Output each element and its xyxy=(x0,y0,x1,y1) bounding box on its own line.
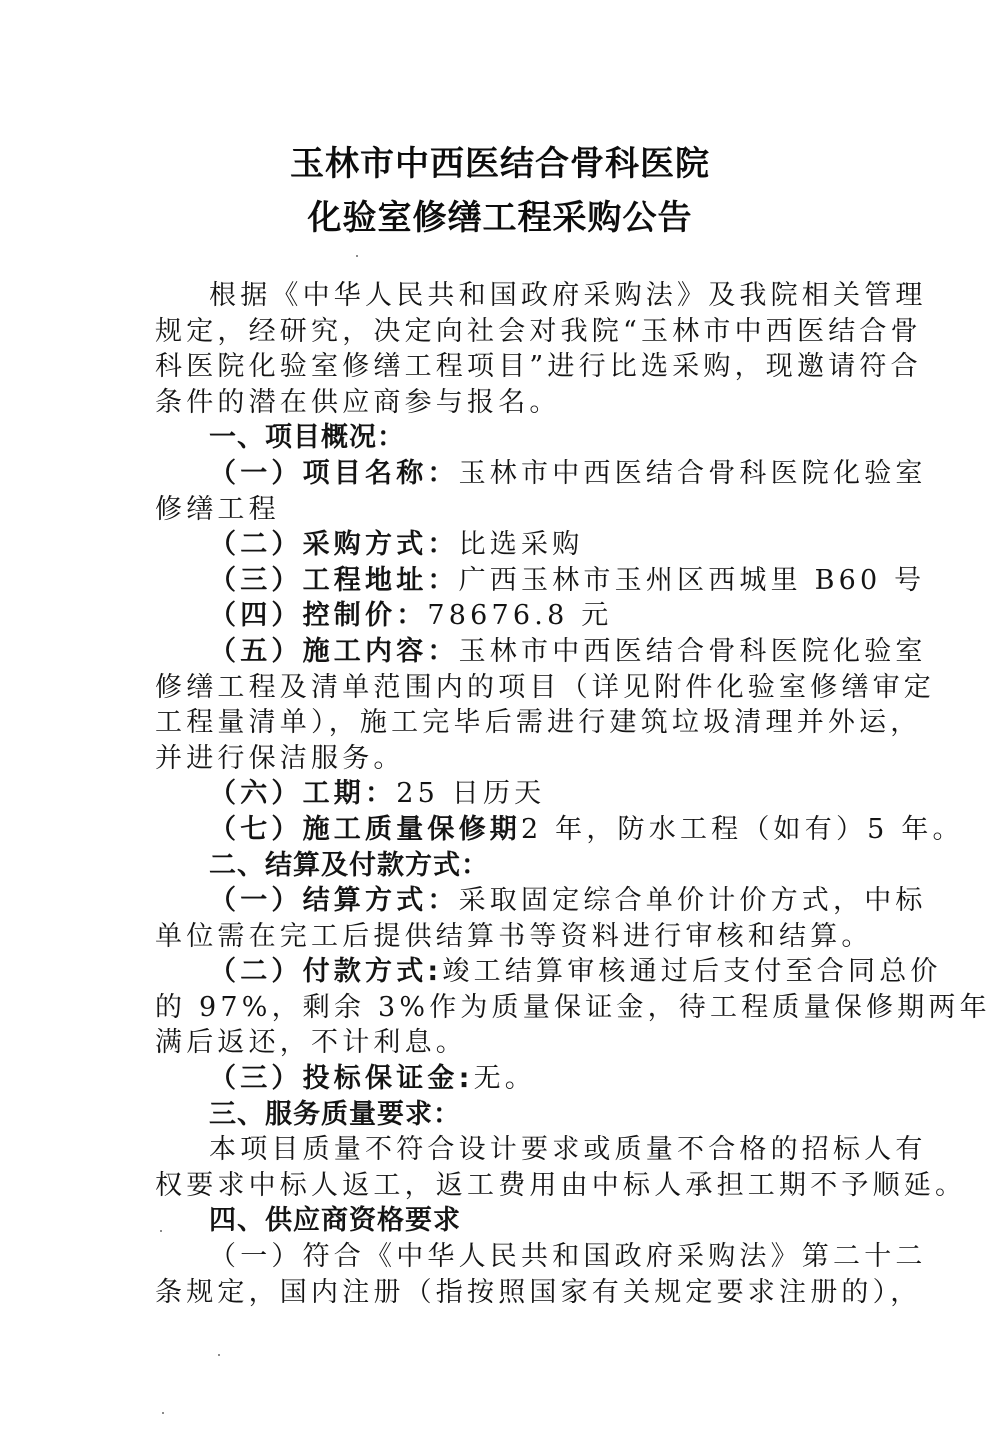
clause-text: 78676.8 元 xyxy=(427,600,612,631)
document-title-line2: 化验室修缮工程采购公告 xyxy=(0,190,1000,239)
clause-label: （三）工程地址： xyxy=(209,565,459,596)
clause-continuation: 满后返还，不计利息。 xyxy=(155,1025,847,1061)
document-page: 玉林市中西医结合骨科医院 化验室修缮工程采购公告 根据《中华人民共和国政府采购法… xyxy=(0,0,1000,1444)
document-title-line1: 玉林市中西医结合骨科医院 xyxy=(0,136,1000,185)
clause-text: 2 年，防水工程（如有）5 年。 xyxy=(521,814,964,845)
clause-label: （一）项目名称： xyxy=(209,458,459,489)
paragraph-line: 条规定，国内注册（指按照国家有关规定要求注册的）， xyxy=(155,1275,847,1311)
clause-address: （三）工程地址：广西玉林市玉州区西城里 B60 号 xyxy=(155,563,847,599)
intro-line: 规定，经研究，决定向社会对我院“玉林市中西医结合骨 xyxy=(155,314,847,350)
clause-text: 25 日历天 xyxy=(396,778,545,809)
clause-settlement: （一）结算方式：采取固定综合单价计价方式，中标 xyxy=(155,883,847,919)
clause-text: 竣工结算审核通过后支付至合同总价 xyxy=(442,956,941,987)
clause-text: 无。 xyxy=(474,1063,536,1094)
section-heading: 一、项目概况： xyxy=(155,420,847,456)
paragraph-line: 权要求中标人返工，返工费用由中标人承担工期不予顺延。 xyxy=(155,1168,847,1204)
paragraph-line: （一）符合《中华人民共和国政府采购法》第二十二 xyxy=(155,1239,847,1275)
clause-text: 玉林市中西医结合骨科医院化验室 xyxy=(459,636,927,667)
clause-bid-deposit: （三）投标保证金:无。 xyxy=(155,1061,847,1097)
paragraph-line: 本项目质量不符合设计要求或质量不合格的招标人有 xyxy=(155,1132,847,1168)
clause-label: （七）施工质量保修期 xyxy=(209,814,521,845)
clause-duration: （六）工期：25 日历天 xyxy=(155,776,847,812)
clause-label: （三）投标保证金: xyxy=(209,1063,474,1094)
clause-label: （六）工期： xyxy=(209,778,396,809)
clause-control-price: （四）控制价：78676.8 元 xyxy=(155,598,847,634)
clause-construction-content: （五）施工内容：玉林市中西医结合骨科医院化验室 xyxy=(155,634,847,670)
clause-project-name: （一）项目名称：玉林市中西医结合骨科医院化验室 xyxy=(155,456,847,492)
clause-text: 比选采购 xyxy=(459,529,584,560)
intro-line: 根据《中华人民共和国政府采购法》及我院相关管理 xyxy=(155,278,847,314)
document-body: 根据《中华人民共和国政府采购法》及我院相关管理 规定，经研究，决定向社会对我院“… xyxy=(155,278,847,1310)
clause-procurement-method: （二）采购方式：比选采购 xyxy=(155,527,847,563)
clause-text: 广西玉林市玉州区西城里 B60 号 xyxy=(459,565,926,596)
clause-continuation: 工程量清单），施工完毕后需进行建筑垃圾清理并外运， xyxy=(155,705,847,741)
clause-label: （二）付款方式: xyxy=(209,956,442,987)
clause-continuation: 的 97%，剩余 3%作为质量保证金，待工程质量保修期两年 xyxy=(155,990,847,1026)
clause-label: （四）控制价： xyxy=(209,600,427,631)
scan-speck xyxy=(160,1230,162,1232)
clause-label: （五）施工内容： xyxy=(209,636,459,667)
intro-line: 科医院化验室修缮工程项目”进行比选采购，现邀请符合 xyxy=(155,349,847,385)
section-heading: 二、结算及付款方式： xyxy=(155,848,847,884)
scan-speck xyxy=(162,1412,164,1414)
clause-continuation: 修缮工程及清单范围内的项目（详见附件化验室修缮审定 xyxy=(155,670,847,706)
clause-payment: （二）付款方式:竣工结算审核通过后支付至合同总价 xyxy=(155,954,847,990)
clause-continuation: 并进行保洁服务。 xyxy=(155,741,847,777)
clause-continuation: 单位需在完工后提供结算书等资料进行审核和结算。 xyxy=(155,919,847,955)
clause-warranty: （七）施工质量保修期2 年，防水工程（如有）5 年。 xyxy=(155,812,847,848)
section-heading: 四、供应商资格要求 xyxy=(155,1203,847,1239)
clause-label: （一）结算方式： xyxy=(209,885,459,916)
clause-text: 玉林市中西医结合骨科医院化验室 xyxy=(459,458,927,489)
clause-continuation: 修缮工程 xyxy=(155,492,847,528)
clause-text: 采取固定综合单价计价方式，中标 xyxy=(459,885,927,916)
scan-speck xyxy=(218,1354,220,1356)
section-heading: 三、服务质量要求： xyxy=(155,1097,847,1133)
intro-line: 条件的潜在供应商参与报名。 xyxy=(155,385,847,421)
scan-speck xyxy=(356,255,358,257)
clause-label: （二）采购方式： xyxy=(209,529,459,560)
